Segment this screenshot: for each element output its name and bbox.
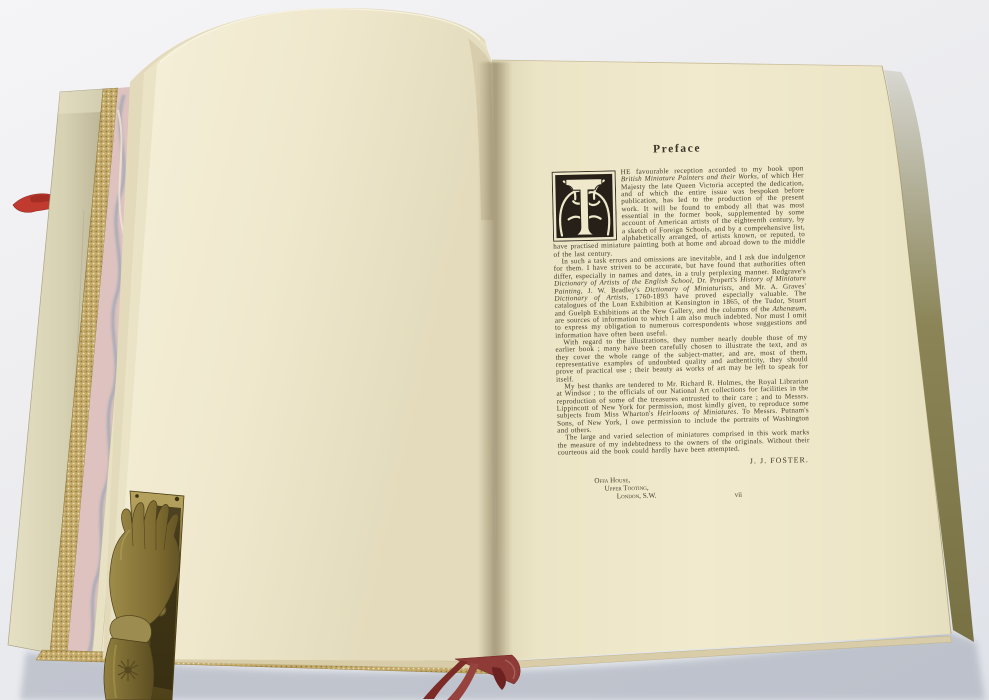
gutter-shadow (478, 62, 512, 660)
preface-body: HE favourable reception accorded to my b… (552, 165, 810, 457)
paragraph: In such a task errors and omissions are … (553, 253, 807, 339)
paragraph: My best thanks are tendered to Mr. Richa… (556, 378, 809, 435)
book-photo-stage: Preface (0, 0, 989, 700)
paragraph: With regard to the illustrations, they n… (555, 334, 808, 384)
illuminated-initial-T (552, 170, 618, 241)
preface-page: Preface (551, 140, 811, 502)
paragraph: The large and varied selection of miniat… (557, 430, 809, 458)
author-signature: J. J. FOSTER. (558, 456, 810, 470)
page-number: vii (735, 492, 743, 500)
paragraph: HE favourable reception accorded to my b… (552, 165, 806, 259)
address-block: Offa House, Upper Tooting, London, S.W. … (594, 474, 810, 502)
open-book-illustration (0, 0, 989, 700)
